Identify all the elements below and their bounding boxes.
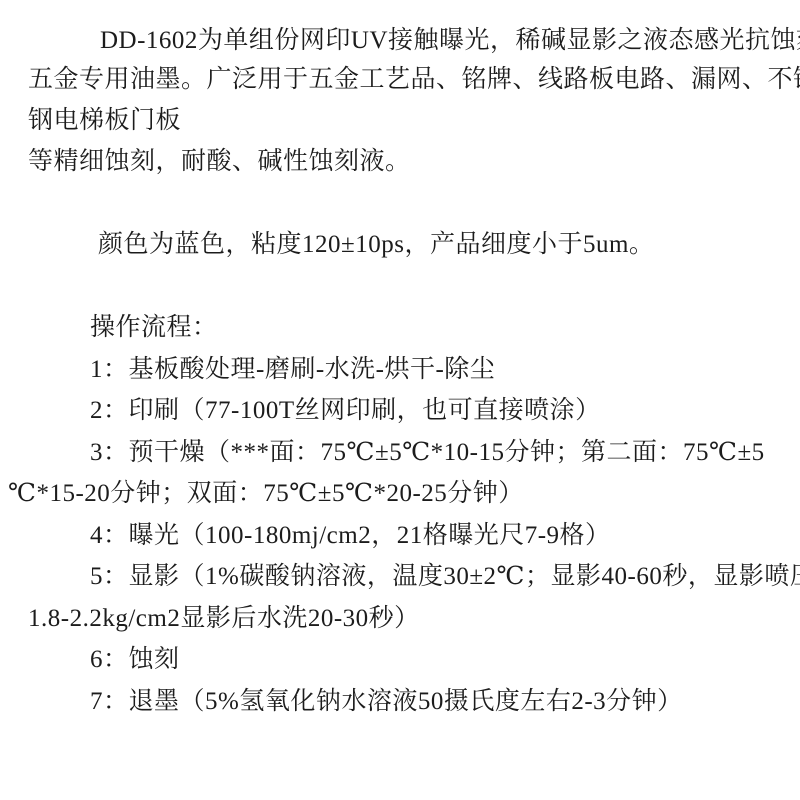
intro-line: 等精细蚀刻，耐酸、碱性蚀刻液。 <box>28 148 411 176</box>
intro-line: 钢电梯板门板 <box>28 107 181 135</box>
intro-line: 五金专用油墨。广泛用于五金工艺品、铭牌、线路板电路、漏网、不锈 <box>28 66 800 94</box>
properties-line: 颜色为蓝色，粘度120±10ps，产品细度小于5um。 <box>98 231 654 259</box>
procedure-heading: 操作流程： <box>90 314 218 342</box>
procedure-step-line: 7：退墨（5%氢氧化钠水溶液50摄氏度左右2-3分钟） <box>90 688 683 716</box>
procedure-step-line: 6：蚀刻 <box>90 646 180 674</box>
procedure-step-line: ℃*15-20分钟；双面：75℃±5℃*20-25分钟） <box>8 480 524 508</box>
procedure-step-line: 1：基板酸处理-磨刷-水洗-烘干-除尘 <box>90 356 495 384</box>
document-page: DD-1602为单组份网印UV接触曝光，稀碱显影之液态感光抗蚀刻 五金专用油墨。… <box>0 0 800 800</box>
procedure-step-line: 1.8-2.2kg/cm2显影后水洗20-30秒） <box>28 605 420 633</box>
procedure-step-line: 4：曝光（100-180mj/cm2，21格曝光尺7-9格） <box>90 522 611 550</box>
intro-line: DD-1602为单组份网印UV接触曝光，稀碱显影之液态感光抗蚀刻 <box>100 27 800 55</box>
procedure-step-line: 3：预干燥（***面：75℃±5℃*10-15分钟；第二面：75℃±5 <box>90 439 765 467</box>
procedure-step-line: 2：印刷（77-100T丝网印刷，也可直接喷涂） <box>90 397 601 425</box>
procedure-step-line: 5：显影（1%碳酸钠溶液，温度30±2℃；显影40-60秒，显影喷压 <box>90 563 800 591</box>
